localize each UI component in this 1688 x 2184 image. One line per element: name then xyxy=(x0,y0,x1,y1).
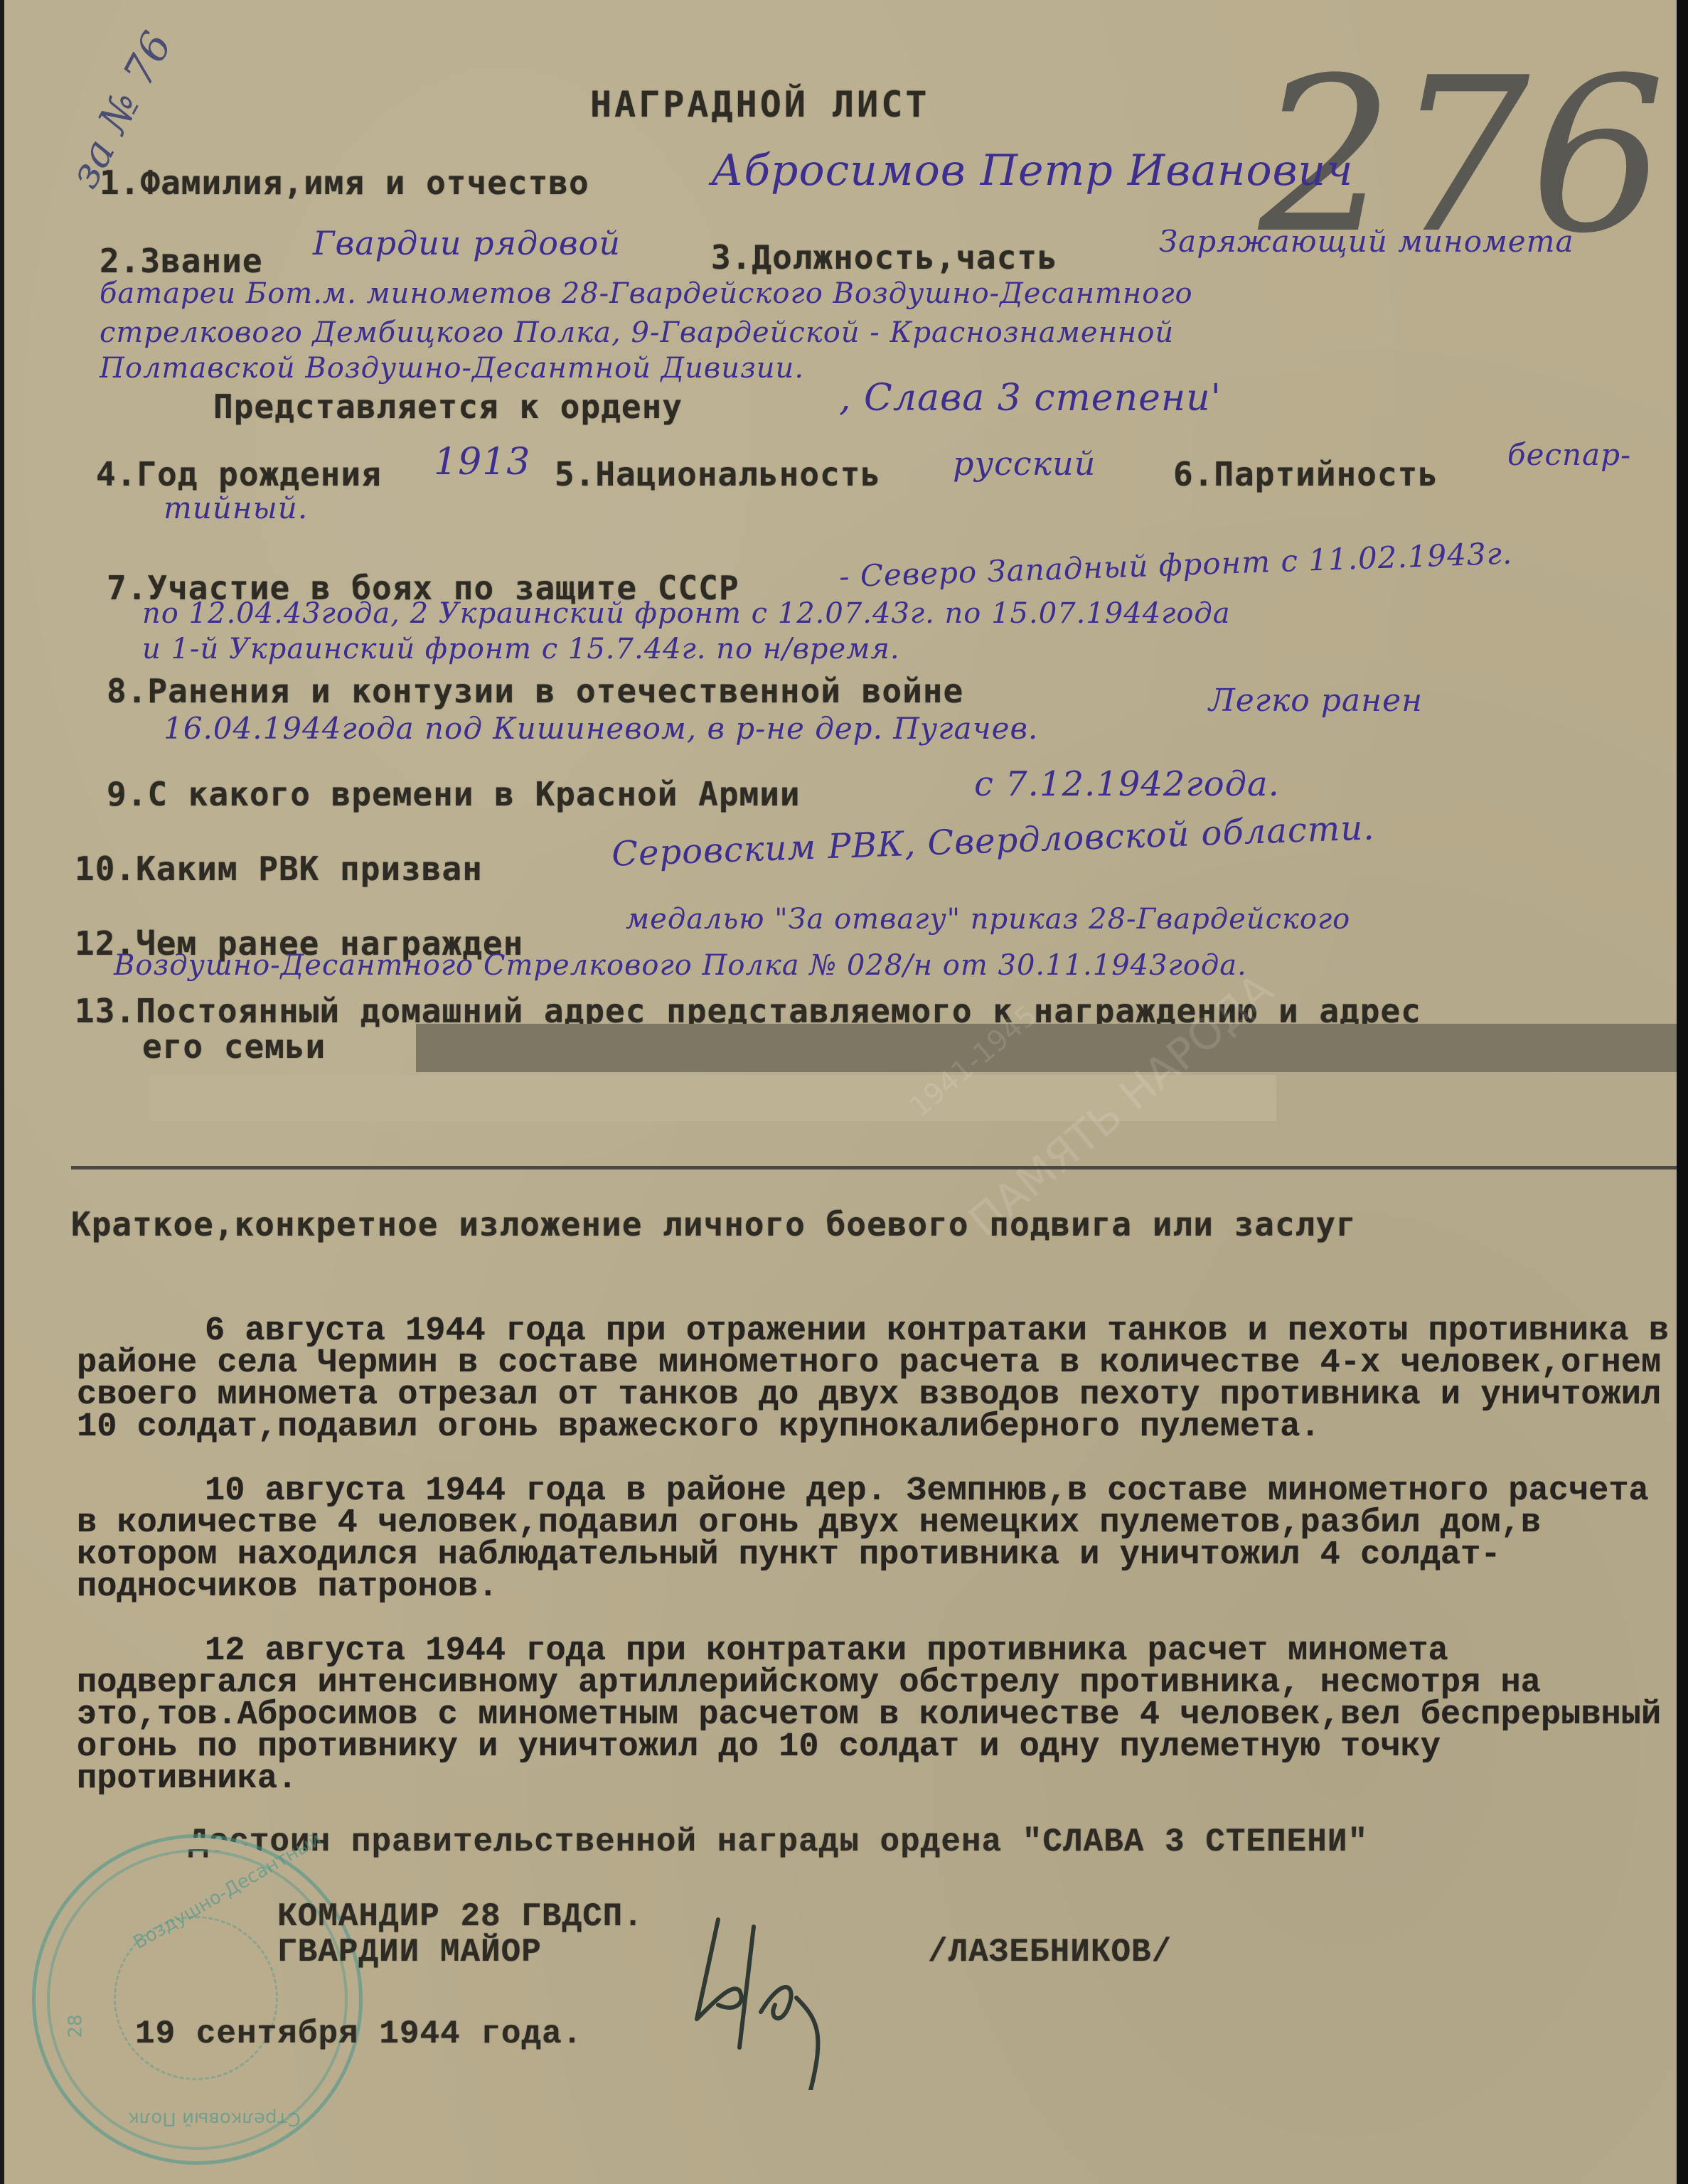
field-8-value-note: Легко ранен xyxy=(1209,682,1423,719)
document-date: 19 сентября 1944 года. xyxy=(135,2016,582,2052)
field-9-label: 9.С какого времени в Красной Армии xyxy=(107,775,801,813)
field-3-label: 3.Должность,часть xyxy=(711,238,1058,277)
stamp-bottom-text: Стрелковый Полк xyxy=(128,2108,301,2129)
field-6-label: 6.Партийность xyxy=(1173,455,1438,493)
narrative-paragraph-3: 12 августа 1944 года при контратаки прот… xyxy=(77,1635,1677,1795)
unit-stamp: Воздушно-Десантный 28 Стрелковый Полк xyxy=(32,1834,363,2165)
narrative-paragraph-2: 10 августа 1944 года в районе дер. Земпн… xyxy=(77,1475,1677,1603)
field-8-label: 8.Ранения и контузии в отечественной вой… xyxy=(107,672,963,710)
field-4-label: 4.Год рождения xyxy=(96,455,382,493)
narrative-paragraph-1: 6 августа 1944 года при отражении контра… xyxy=(77,1315,1677,1443)
signer-rank: ГВАРДИИ МАЙОР xyxy=(277,1934,542,1971)
address-redaction xyxy=(416,1024,1685,1072)
field-2-label: 2.Звание xyxy=(100,242,263,280)
field-5-label: 5.Национальность xyxy=(555,455,881,493)
conclusion: Достоин правительственной награды ордена… xyxy=(188,1824,1368,1861)
field-12-value-line1: медалью "За отвагу" приказ 28-Гвардейско… xyxy=(626,903,1350,936)
signer-title: КОМАНДИР 28 ГВДСП. xyxy=(277,1898,643,1935)
signer-name: /ЛАЗЕБНИКОВ/ xyxy=(928,1934,1172,1971)
field-7-value-line2: по 12.04.43года, 2 Украинский фронт с 12… xyxy=(142,597,1231,630)
field-6-value-line1: беспар- xyxy=(1507,437,1631,472)
document-page: за № 76 276 НАГРАДНОЙ ЛИСТ 1.Фамилия,имя… xyxy=(0,0,1677,2184)
field-3-value-line4: Полтавской Воздушно-Десантной Дивизии. xyxy=(100,352,804,385)
field-7-value-line1: - Северо Западный фронт с 11.02.1943г. xyxy=(838,535,1512,594)
field-3-value-line3: стрелкового Дембицкого Полка, 9-Гвардейс… xyxy=(100,316,1174,349)
field-1-value: Абросимов Петр Иванович xyxy=(711,146,1353,196)
field-5-value: русский xyxy=(953,444,1096,483)
field-8-value-line1: 16.04.1944года под Кишиневом, в р-не дер… xyxy=(164,711,1038,746)
field-13-label-line2: его семьи xyxy=(142,1027,326,1066)
field-3-value-line1: Заряжающий миномета xyxy=(1159,224,1574,259)
signature-mark xyxy=(690,1905,903,2090)
field-1-label: 1.Фамилия,имя и отчество xyxy=(100,164,589,202)
field-12-value-line2: Воздушно-Десантного Стрелкового Полка № … xyxy=(114,949,1247,982)
scan-edge-left xyxy=(0,0,4,2184)
narrative: 6 августа 1944 года при отражении контра… xyxy=(77,1283,1677,1827)
field-9-value: с 7.12.1942года. xyxy=(974,764,1280,804)
section-divider xyxy=(71,1166,1677,1169)
field-4-value: 1913 xyxy=(434,441,530,483)
field-10-label: 10.Каким РВК призван xyxy=(75,850,483,888)
field-10-value: Серовским РВК, Свердловской области. xyxy=(611,808,1375,874)
field-6-value-line2: тийный. xyxy=(164,491,308,525)
scan-edge-right xyxy=(1677,0,1688,2184)
document-title: НАГРАДНОЙ ЛИСТ xyxy=(590,84,929,125)
field-2-value: Гвардии рядовой xyxy=(313,224,621,262)
presented-label: Представляется к ордену xyxy=(213,387,683,426)
stamp-number: 28 xyxy=(65,2014,87,2038)
section-heading: Краткое,конкретное изложение личного бое… xyxy=(71,1205,1357,1243)
presented-value: , Слава 3 степени' xyxy=(839,377,1222,419)
field-7-value-line3: и 1-й Украинский фронт с 15.7.44г. по н/… xyxy=(142,633,900,665)
field-3-value-line2: батареи Бom.м. минометов 28-Гвардейского… xyxy=(100,277,1193,310)
